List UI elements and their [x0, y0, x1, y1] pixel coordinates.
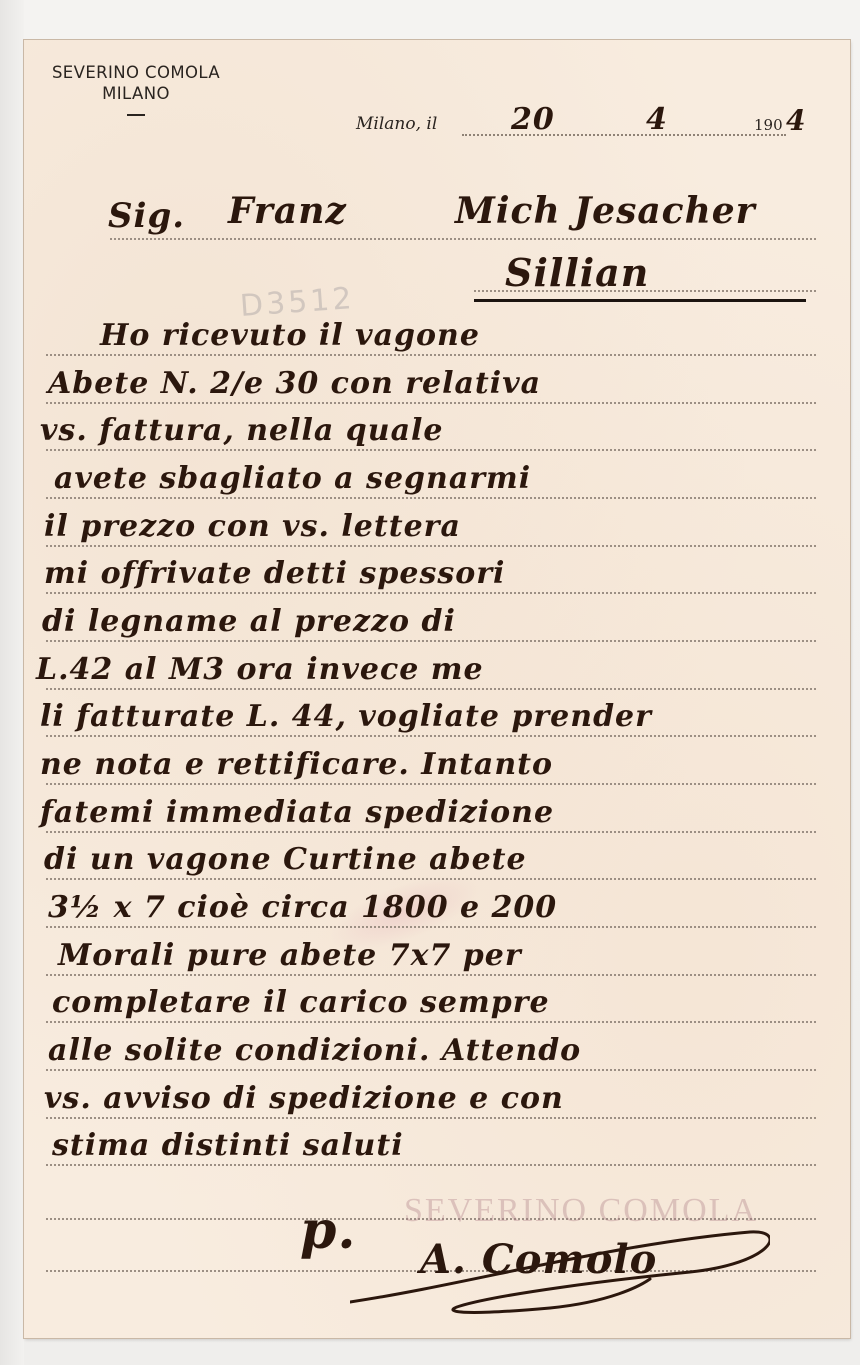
ruled-line — [46, 1021, 816, 1023]
date-month: 4 — [646, 102, 668, 137]
body-line-15: completare il carico sempre — [52, 985, 852, 1021]
address-salutation: Sig. — [108, 196, 185, 236]
ruled-line — [46, 688, 816, 690]
ruled-line — [46, 1164, 816, 1166]
signature-per-procura: p. — [300, 1200, 356, 1261]
address-first-name: Franz — [228, 190, 347, 232]
dateline: Milano, il 20 4 190 4 — [356, 108, 816, 138]
ruled-line — [46, 926, 816, 928]
letterhead-dash — [127, 114, 145, 116]
body-line-10: ne nota e rettificare. Intanto — [40, 747, 840, 783]
address-underline — [474, 299, 806, 302]
body-line-13: 3½ x 7 cioè circa 1800 e 200 — [48, 890, 848, 926]
body-line-1: Ho ricevuto il vagone — [100, 318, 860, 354]
date-year-prefix: 190 — [752, 116, 785, 134]
date-year-digit: 4 — [786, 104, 806, 137]
ruled-line — [46, 497, 816, 499]
body-line-16: alle solite condizioni. Attendo — [48, 1033, 848, 1069]
body-line-14: Morali pure abete 7x7 per — [58, 938, 858, 974]
body-line-5: il prezzo con vs. lettera — [44, 509, 844, 545]
body-line-6: mi offrivate detti spessori — [44, 556, 844, 592]
ruled-line — [46, 354, 816, 356]
body-line-2: Abete N. 2/e 30 con relativa — [48, 366, 848, 402]
body-line-11: fatemi immediata spedizione — [40, 795, 840, 831]
body-line-8: L.42 al M3 ora invece me — [36, 652, 836, 688]
ruled-line — [46, 783, 816, 785]
company-name: SEVERINO COMOLA — [36, 62, 236, 83]
ruled-line — [46, 592, 816, 594]
body-line-3: vs. fattura, nella quale — [40, 413, 840, 449]
body-line-9: li fatturate L. 44, vogliate prender — [40, 699, 840, 735]
ruled-line — [46, 735, 816, 737]
signature-name: A. Comolo — [420, 1236, 657, 1283]
body-line-17: vs. avviso di spedizione e con — [44, 1081, 844, 1117]
date-place-label: Milano, il — [356, 114, 437, 134]
date-day: 20 — [511, 102, 555, 137]
address-rule-1 — [110, 238, 816, 240]
ruled-line — [46, 831, 816, 833]
scan-edge-shadow — [0, 0, 24, 1365]
ruled-line — [46, 1069, 816, 1071]
address-surname: Mich Jesacher — [455, 190, 756, 232]
ruled-line — [46, 545, 816, 547]
body-line-18: stima distinti saluti — [52, 1128, 852, 1164]
company-city: MILANO — [36, 83, 236, 104]
ruled-line — [46, 974, 816, 976]
letterhead: SEVERINO COMOLA MILANO — [36, 62, 236, 116]
ruled-line — [46, 1117, 816, 1119]
body-line-7: di legname al prezzo di — [42, 604, 842, 640]
ruled-line — [46, 402, 816, 404]
ruled-line — [46, 878, 816, 880]
ruled-line — [46, 640, 816, 642]
body-line-12: di un vagone Curtine abete — [44, 842, 844, 878]
ruled-line — [46, 449, 816, 451]
address-town: Sillian — [505, 250, 649, 295]
body-line-4: avete sbagliato a segnarmi — [54, 461, 854, 497]
